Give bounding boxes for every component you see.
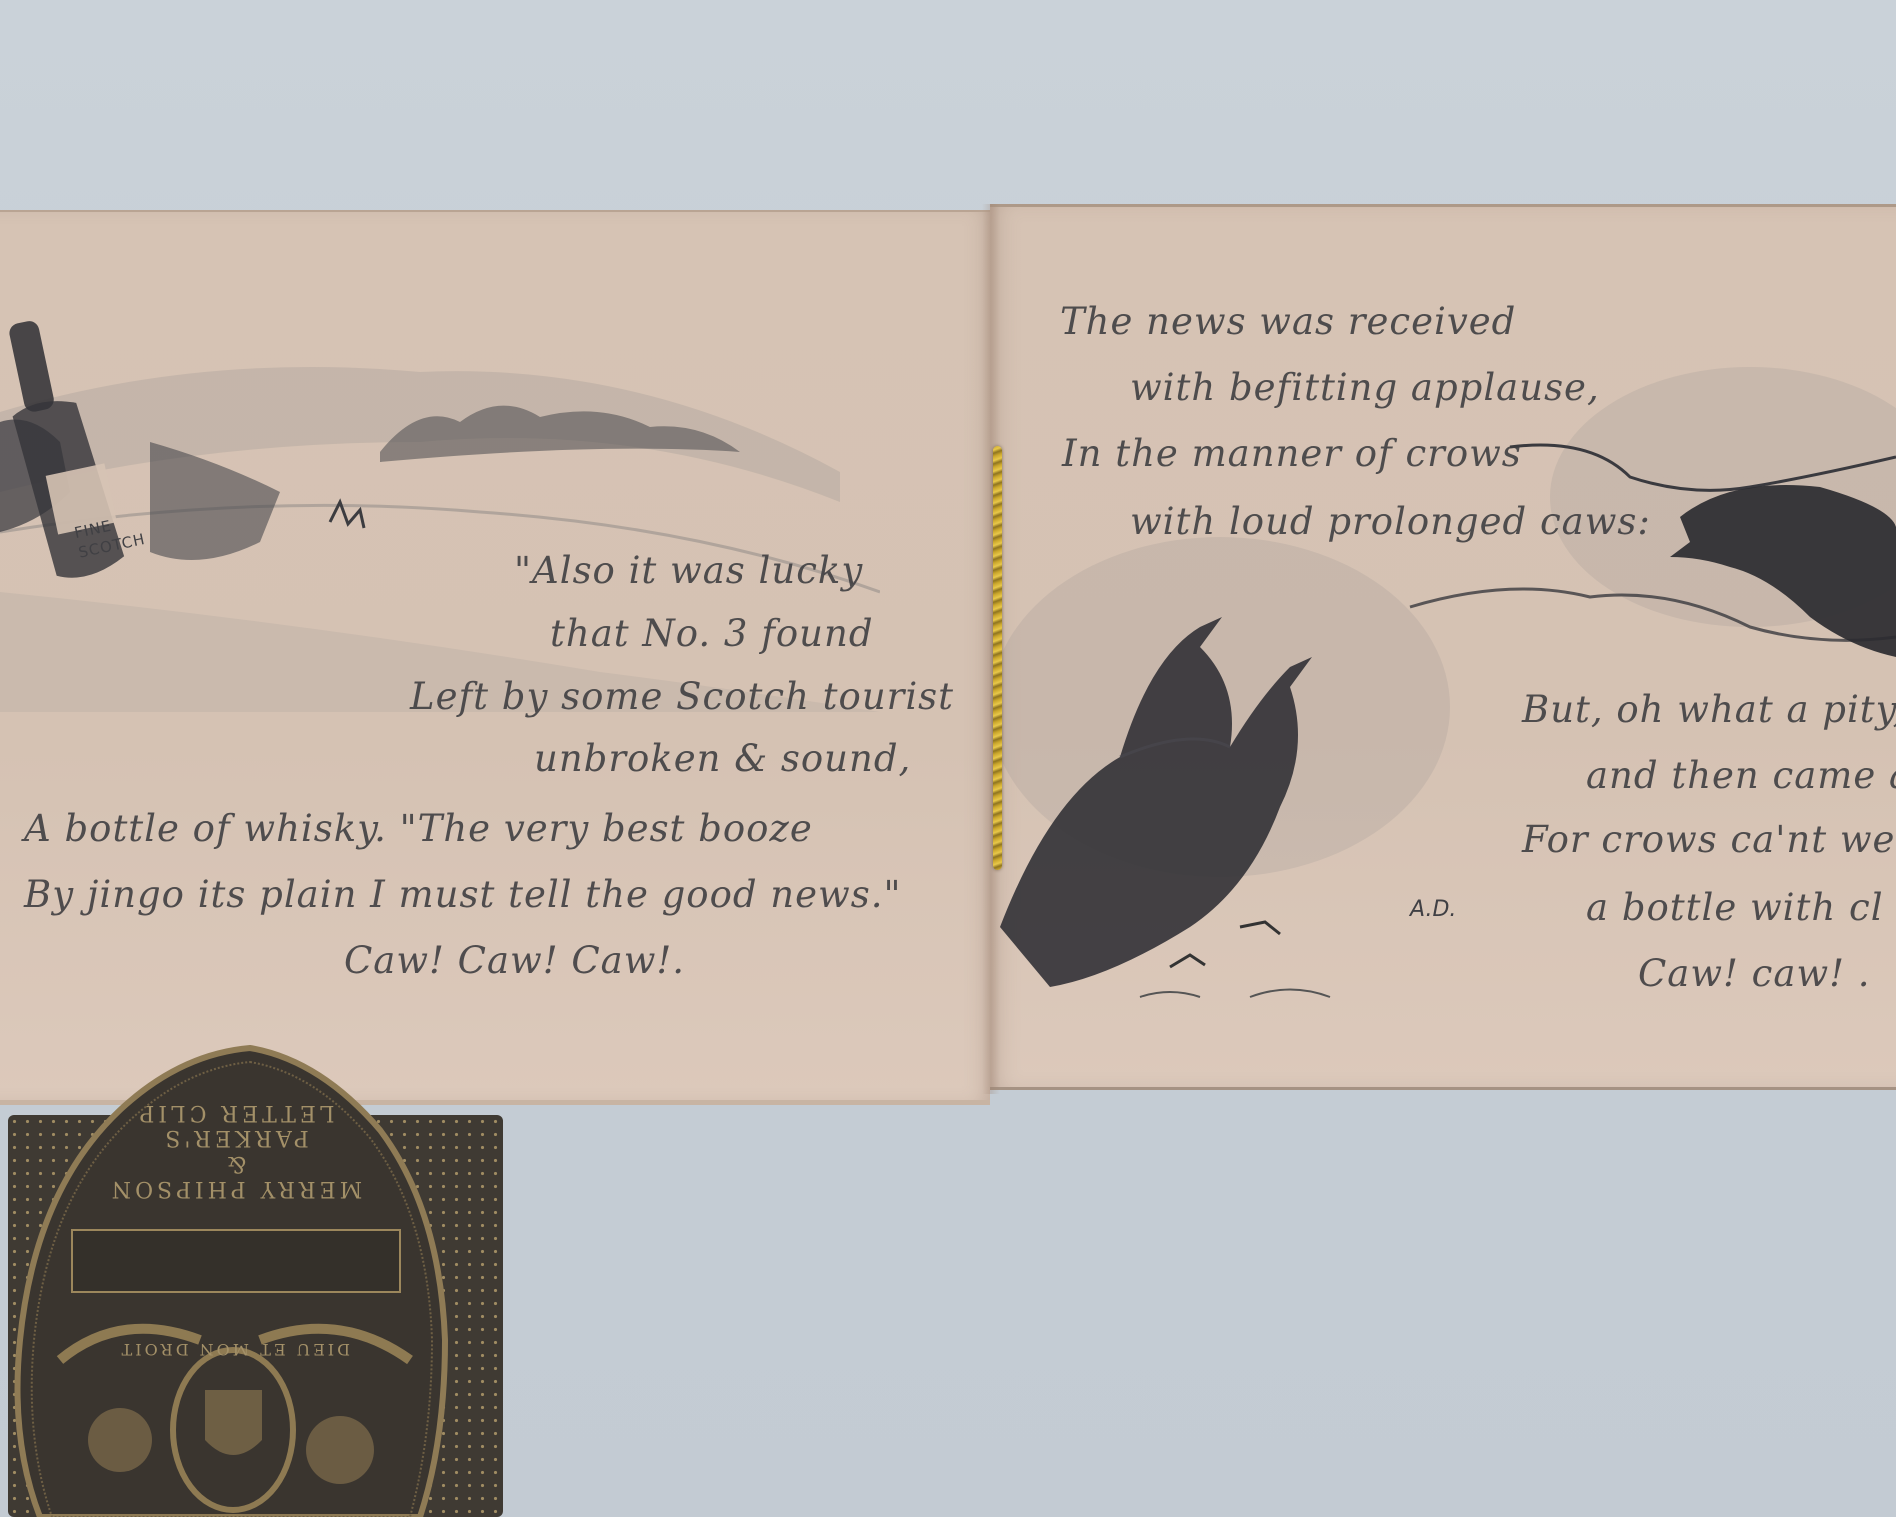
clip-inscription: MERRY PHIPSON & PARKER'S LETTER CLIP [80, 1100, 390, 1201]
clip-motto: DIEU ET MON DROIT [130, 1340, 350, 1359]
binding-cord [993, 446, 1002, 870]
clip-inscription-line: LETTER CLIP [80, 1100, 390, 1125]
verse-line: that No. 3 found [550, 615, 874, 652]
verse-line: The news was received [1060, 303, 1516, 340]
verse-line: and then came a p [1586, 757, 1896, 794]
verse-line: For crows ca'nt well [1522, 821, 1896, 858]
verse-line: A bottle of whisky. "The very best booze [24, 810, 813, 847]
right-page: A.D. The news was received with befittin… [990, 204, 1896, 1090]
clip-inscription-line: PARKER'S [80, 1125, 390, 1150]
clip-inscription-line: MERRY PHIPSON [80, 1176, 390, 1201]
left-page: FINE SCOTCH "Also it was lucky that No. … [0, 210, 990, 1105]
verse-line: By jingo its plain I must tell the good … [24, 876, 901, 913]
verse-line: Left by some Scotch tourist [410, 678, 954, 715]
clip-inscription-line: & [80, 1151, 390, 1176]
verse-line: Caw! caw! . [1638, 955, 1871, 992]
verse-line: with befitting applause, [1130, 369, 1600, 406]
booklet: FINE SCOTCH "Also it was lucky that No. … [0, 204, 1896, 1100]
verse-line: a bottle with cl [1586, 889, 1884, 926]
verse-line: But, oh what a pity, [1522, 691, 1896, 728]
verse-line: "Also it was lucky [514, 552, 863, 589]
verse-line: Caw! Caw! Caw!. [344, 942, 685, 979]
verse-line: In the manner of crows [1062, 435, 1522, 472]
brass-letter-clip: MERRY PHIPSON & PARKER'S LETTER CLIP DIE… [0, 1040, 510, 1517]
verse-line: unbroken & sound, [534, 740, 911, 777]
artist-signature: A.D. [1410, 897, 1456, 922]
verse-line: with loud prolonged caws: [1130, 503, 1651, 540]
